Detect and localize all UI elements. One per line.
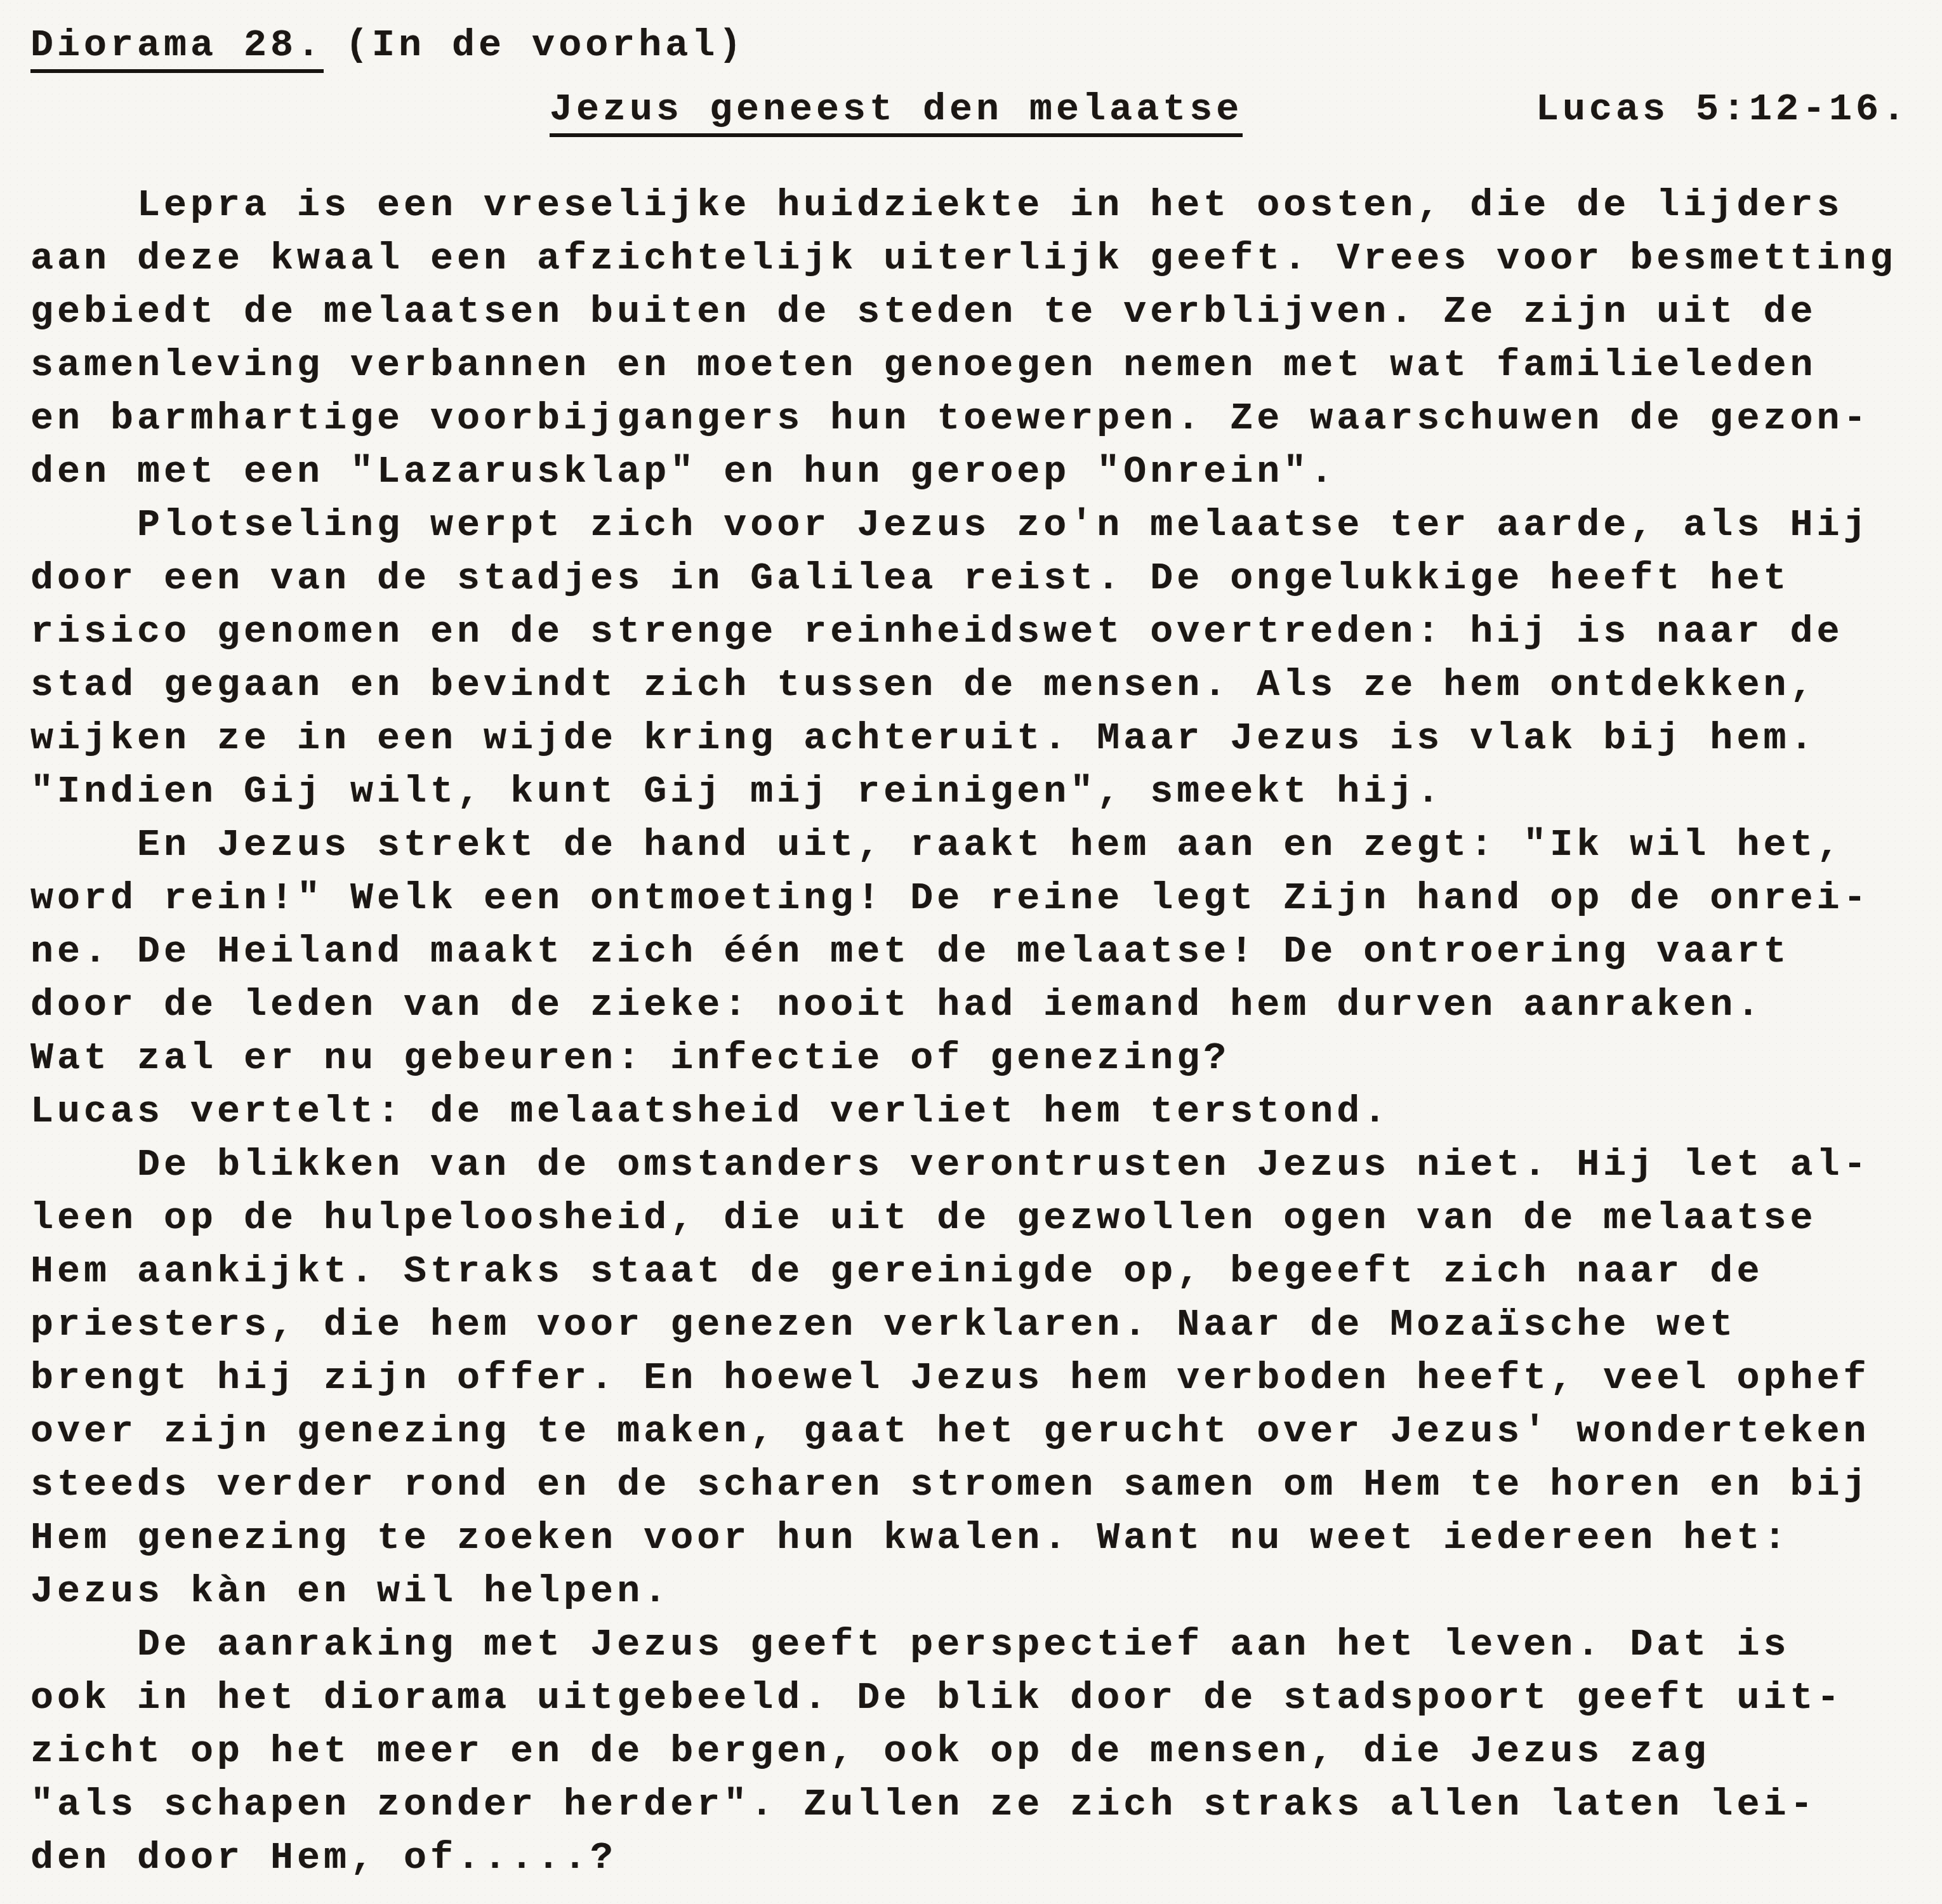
- text-line: Plotseling werpt zich voor Jezus zo'n me…: [30, 499, 1942, 552]
- text-line: en barmhartige voorbijgangers hun toewer…: [30, 392, 1942, 446]
- text-line: den met een "Lazarusklap" en hun geroep …: [30, 446, 1942, 499]
- document-header: Diorama 28.(In de voorhal): [30, 19, 1942, 73]
- title-row: Jezus geneest den melaatse Lucas 5:12-16…: [30, 83, 1942, 137]
- text-line: De blikken van de omstanders verontruste…: [30, 1139, 1942, 1192]
- location-note: (In de voorhal): [345, 24, 745, 67]
- text-line: "als schapen zonder herder". Zullen ze z…: [30, 1778, 1942, 1832]
- text-line: risico genomen en de strenge reinheidswe…: [30, 605, 1942, 659]
- text-line: De aanraking met Jezus geeft perspectief…: [30, 1618, 1942, 1672]
- text-line: aan deze kwaal een afzichtelijk uiterlij…: [30, 232, 1942, 286]
- text-line: Jezus kàn en wil helpen.: [30, 1565, 1942, 1618]
- text-line: samenleving verbannen en moeten genoegen…: [30, 339, 1942, 392]
- text-line: zicht op het meer en de bergen, ook op d…: [30, 1725, 1942, 1778]
- text-line: "Indien Gij wilt, kunt Gij mij reinigen"…: [30, 765, 1942, 819]
- text-line: wijken ze in een wijde kring achteruit. …: [30, 712, 1942, 765]
- scripture-reference: Lucas 5:12-16.: [1536, 83, 1909, 136]
- text-line: ook in het diorama uitgebeeld. De blik d…: [30, 1672, 1942, 1725]
- text-line: Hem aankijkt. Straks staat de gereinigde…: [30, 1245, 1942, 1299]
- text-line: steeds verder rond en de scharen stromen…: [30, 1458, 1942, 1512]
- text-line: over zijn genezing te maken, gaat het ge…: [30, 1405, 1942, 1458]
- text-line: word rein!" Welk een ontmoeting! De rein…: [30, 872, 1942, 925]
- text-line: door de leden van de zieke: nooit had ie…: [30, 979, 1942, 1032]
- text-line: stad gegaan en bevindt zich tussen de me…: [30, 659, 1942, 712]
- text-line: Lucas vertelt: de melaatsheid verliet he…: [30, 1085, 1942, 1139]
- text-line: En Jezus strekt de hand uit, raakt hem a…: [30, 819, 1942, 872]
- body-text: Lepra is een vreselijke huidziekte in he…: [30, 179, 1942, 1885]
- document-page: Diorama 28.(In de voorhal) Jezus geneest…: [0, 0, 1942, 1904]
- text-line: den door Hem, of.....?: [30, 1832, 1942, 1885]
- diorama-label: Diorama 28.: [30, 25, 324, 73]
- text-line: brengt hij zijn offer. En hoewel Jezus h…: [30, 1352, 1942, 1405]
- text-line: Lepra is een vreselijke huidziekte in he…: [30, 179, 1942, 232]
- page-title: Jezus geneest den melaatse: [550, 89, 1243, 137]
- text-line: gebiedt de melaatsen buiten de steden te…: [30, 286, 1942, 339]
- text-line: leen op de hulpeloosheid, die uit de gez…: [30, 1192, 1942, 1245]
- text-line: Hem genezing te zoeken voor hun kwalen. …: [30, 1512, 1942, 1565]
- text-line: door een van de stadjes in Galilea reist…: [30, 552, 1942, 605]
- text-line: priesters, die hem voor genezen verklare…: [30, 1299, 1942, 1352]
- text-line: ne. De Heiland maakt zich één met de mel…: [30, 925, 1942, 979]
- text-line: Wat zal er nu gebeuren: infectie of gene…: [30, 1032, 1942, 1085]
